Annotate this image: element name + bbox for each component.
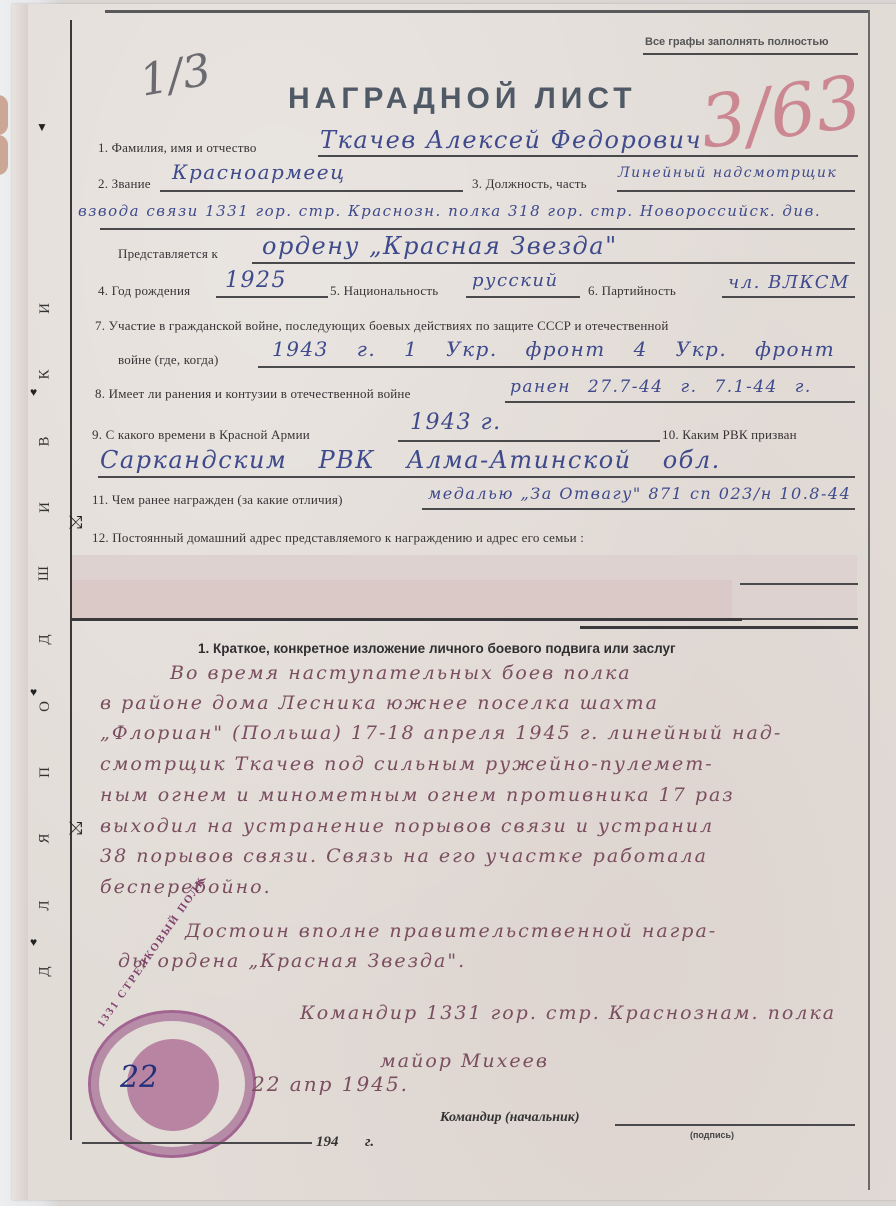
field-name-label: 1. Фамилия, имя и отчество xyxy=(98,140,257,156)
field-line xyxy=(100,228,855,230)
section-heading: 1. Краткое, конкретное изложение личного… xyxy=(198,641,676,656)
margin-letter: Д xyxy=(36,635,53,645)
filing-margin-label: ДЛЯПОДШИВКИ xyxy=(30,300,60,980)
field-line xyxy=(617,190,855,192)
nominated-label: Представляется к xyxy=(118,246,218,262)
field-line xyxy=(98,476,855,478)
field-participation-label: 7. Участие в гражданской войне, последую… xyxy=(95,318,669,334)
margin-letter: Я xyxy=(36,834,53,844)
field-nationality-value: русский xyxy=(472,270,559,291)
margin-letter: Ш xyxy=(36,566,53,581)
field-birth-year-value: 1925 xyxy=(225,268,287,293)
merit-line: 38 порывов связи. Связь на его участке р… xyxy=(100,845,708,867)
field-line xyxy=(466,296,580,298)
merit-line: Во время наступательных боев полка xyxy=(170,662,632,684)
field-participation-value: 1943 г. 1 Укр. фронт 4 Укр. фронт xyxy=(272,337,835,361)
field-position-label: 3. Должность, часть xyxy=(472,176,587,192)
margin-letter: П xyxy=(37,767,54,778)
binding-mark: ♥ xyxy=(30,935,37,950)
margin-letter: К xyxy=(36,370,53,380)
merit-line: ным огнем и минометным огнем противника … xyxy=(100,784,735,806)
binding-mark: ⤨ xyxy=(68,512,82,533)
field-line xyxy=(216,296,328,298)
document-title: НАГРАДНОЙ ЛИСТ xyxy=(288,82,637,116)
merit-line: майор Михеев xyxy=(380,1050,549,1072)
section-divider xyxy=(580,626,858,629)
field-wounds-label: 8. Имеет ли ранения и контузии в отечест… xyxy=(95,386,411,402)
punch-hole xyxy=(0,135,8,175)
field-nationality-label: 5. Национальность xyxy=(330,283,438,299)
margin-letter: Л xyxy=(37,900,54,910)
margin-letter: В xyxy=(36,436,53,446)
nominated-value: ордену „Красная Звезда" xyxy=(262,232,618,260)
field-line xyxy=(318,155,858,157)
field-line xyxy=(740,618,858,620)
merit-line: ды ордена „Красная Звезда". xyxy=(118,950,466,972)
merit-line: Командир 1331 гор. стр. Краснознам. полк… xyxy=(300,1002,836,1024)
unit-seal xyxy=(88,1010,256,1158)
date-line xyxy=(82,1142,312,1144)
divider xyxy=(643,53,858,55)
field-conscription-value: Саркандским РВК Алма-Атинской обл. xyxy=(100,446,721,474)
right-border xyxy=(868,10,870,1190)
field-participation-label-2: войне (где, когда) xyxy=(118,352,219,368)
margin-letter: Д xyxy=(36,966,53,976)
field-line xyxy=(398,440,660,442)
field-position-value: Линейный надсмотрщик xyxy=(618,165,837,181)
redacted-address xyxy=(72,580,732,620)
binding-mark: ⤨ xyxy=(68,818,82,839)
signature-line xyxy=(615,1124,855,1126)
field-rank-value: Красноармеец xyxy=(172,160,346,184)
field-party-value: чл. ВЛКСМ xyxy=(728,272,850,293)
binding-mark: ▼ xyxy=(36,120,48,135)
binding-mark: ♥ xyxy=(30,685,37,700)
punch-hole xyxy=(0,95,8,135)
signature-caption: (подпись) xyxy=(690,1130,734,1140)
merit-line: смотрщик Ткачев под сильным ружейно-пуле… xyxy=(100,753,714,775)
seal-day: 22 xyxy=(120,1060,158,1095)
field-service-start-value: 1943 г. xyxy=(410,410,502,435)
field-previous-awards-value: медалью „За Отвагу" 871 сп 023/н 10.8-44 xyxy=(428,484,851,503)
field-birth-year-label: 4. Год рождения xyxy=(98,283,190,299)
field-conscription-label: 10. Каким РВК призван xyxy=(662,427,797,443)
field-rank-label: 2. Звание xyxy=(98,176,151,192)
field-name-value: Ткачев Алексей Федорович xyxy=(320,126,702,154)
margin-letter: И xyxy=(37,303,54,314)
paper-edge xyxy=(12,4,28,1200)
field-line xyxy=(722,296,855,298)
instruction-text: Все графы заполнять полностью xyxy=(645,36,828,48)
merit-line: „Флориан" (Польша) 17-18 апреля 1945 г. … xyxy=(100,722,782,744)
merit-line: в районе дома Лесника южнее поселка шахт… xyxy=(100,692,659,714)
section-divider xyxy=(72,618,742,621)
binding-mark: ♥ xyxy=(30,385,37,400)
handwritten-date: 22 апр 1945. xyxy=(252,1072,409,1096)
field-line xyxy=(252,262,855,264)
field-line xyxy=(258,366,855,368)
margin-letter: И xyxy=(37,502,54,513)
top-border xyxy=(105,10,870,13)
field-line xyxy=(422,508,855,510)
merit-line: выходил на устранение порывов связи и ус… xyxy=(100,815,714,837)
field-position-continuation: взвода связи 1331 гор. стр. Краснозн. по… xyxy=(78,202,821,220)
margin-letter: О xyxy=(37,701,54,712)
field-line xyxy=(740,583,858,585)
field-line xyxy=(160,190,463,192)
year-label: 194 xyxy=(316,1134,339,1151)
field-line xyxy=(505,401,855,403)
field-party-label: 6. Партийность xyxy=(588,283,676,299)
field-address-label: 12. Постоянный домашний адрес представля… xyxy=(92,530,584,546)
field-wounds-value: ранен 27.7-44 г. 7.1-44 г. xyxy=(510,377,812,397)
field-previous-awards-label: 11. Чем ранее награжден (за какие отличи… xyxy=(92,492,343,508)
year-suffix: г. xyxy=(365,1134,374,1151)
commander-label: Командир (начальник) xyxy=(440,1110,580,1126)
field-service-start-label: 9. С какого времени в Красной Армии xyxy=(92,427,310,443)
merit-line: Достоин вполне правительственной награ- xyxy=(185,920,717,942)
